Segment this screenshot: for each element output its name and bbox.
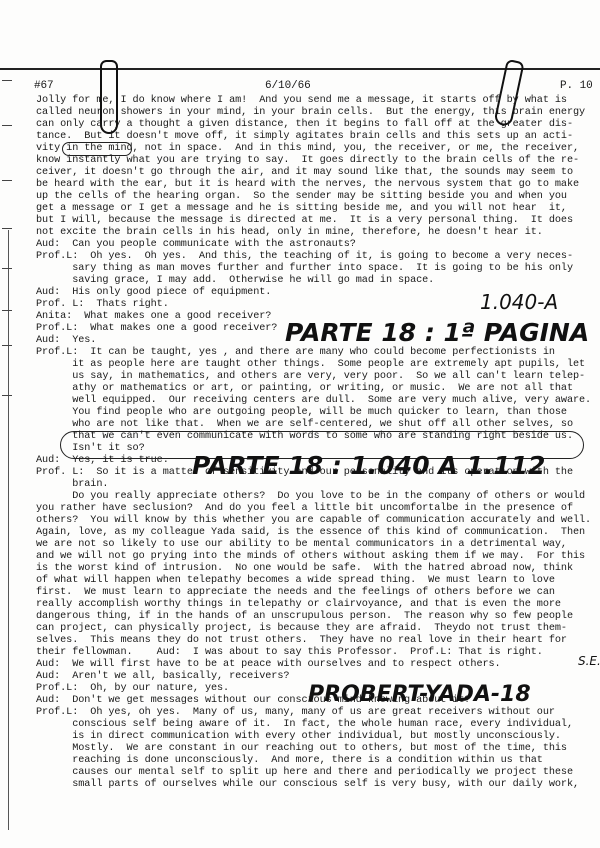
transcript-line: Do you really appreciate others? Do you … — [36, 491, 585, 503]
transcript-line: reaching is done unconsciously. And more… — [36, 755, 543, 767]
transcript-line: others? You will know by this whether yo… — [36, 515, 591, 527]
transcript-line: can only carry a thought a given distanc… — [36, 119, 573, 131]
page-number: P. 10 — [560, 80, 593, 92]
transcript-line: selves. This means they do not trust oth… — [36, 635, 567, 647]
transcript-line: Aud: Aren't we all, basically, receivers… — [36, 671, 289, 683]
handwritten-part-range: PARTE 18 : 1.040 A 1.112 — [192, 451, 545, 480]
transcript-line: is in direct communication with every ot… — [36, 731, 561, 743]
transcript-line: Prof.L: It can be taught, yes , and ther… — [36, 347, 555, 359]
transcript-line: Prof.L: Oh yes. Oh yes. And this, the te… — [36, 251, 573, 263]
margin-mark — [2, 395, 12, 396]
transcript-line: called neuron showers in your mind, in y… — [36, 107, 585, 119]
transcript-line: Aud: His only good piece of equipment. — [36, 287, 271, 299]
transcript-line: their fellowman. Aud: I was about to say… — [36, 647, 543, 659]
transcript-line: Mostly. We are constant in our reaching … — [36, 743, 567, 755]
transcript-line: Anita: What makes one a good receiver? — [36, 311, 271, 323]
handwritten-ref-code: 1.040-A — [480, 290, 558, 314]
transcript-line: causes our mental self to split up here … — [36, 767, 573, 779]
handwritten-part-first-page: PARTE 18 : 1ª PAGINA — [285, 318, 589, 347]
transcript-line: Prof. L: Thats right. — [36, 299, 169, 311]
margin-mark — [2, 180, 12, 181]
transcript-line: first. We must learn to appreciate the n… — [36, 587, 555, 599]
transcript-line: brain. — [36, 479, 108, 491]
transcript-line: up the cells of the hearing organ. So th… — [36, 191, 567, 203]
transcript-line: really accomplish worthy things in telep… — [36, 599, 561, 611]
handwritten-initials: S.E. — [578, 654, 600, 668]
doc-number: #67 — [34, 80, 54, 92]
transcript-line: you rather have seclusion? And do you fe… — [36, 503, 573, 515]
transcript-line: Prof.L: Oh yes, oh yes. Many of us, many… — [36, 707, 555, 719]
transcript-line: You find people who are outgoing people,… — [36, 407, 567, 419]
transcript-line: who are not like that. When we are self-… — [36, 419, 573, 431]
transcript-line: Aud: We will first have to be at peace w… — [36, 659, 501, 671]
transcript-line: Jolly for me, I do know where I am! And … — [36, 95, 567, 107]
transcript-line: not excite the brain cells in his head, … — [36, 227, 543, 239]
transcript-line: and we will not go prying into the minds… — [36, 551, 585, 563]
transcript-line: Prof.L: What makes one a good receiver? — [36, 323, 277, 335]
margin-mark — [2, 268, 12, 269]
transcript-line: Aud: Yes. — [36, 335, 96, 347]
transcript-line: Aud: Can you people communicate with the… — [36, 239, 356, 251]
transcript-line: us say, in mathematics, and others are v… — [36, 371, 585, 383]
margin-mark — [2, 345, 12, 346]
document-page: #67 6/10/66 P. 10 Jolly for me, I do kno… — [0, 0, 600, 848]
margin-mark — [2, 80, 12, 81]
transcript-line: saving grace, I may add. Otherwise he wi… — [36, 275, 434, 287]
transcript-line: sary thing as man moves further and furt… — [36, 263, 573, 275]
transcript-line: athy or mathematics or art, or painting,… — [36, 383, 573, 395]
page-left-edge — [8, 230, 9, 830]
transcript-line: we are not so likely to use our ability … — [36, 539, 567, 551]
transcript-line: ceiver, it doesn't go through the air, a… — [36, 167, 573, 179]
transcript-line: conscious self being aware of it. In fac… — [36, 719, 573, 731]
transcript-line: Prof.L: Oh, by our nature, yes. — [36, 683, 229, 695]
transcript-line: is the worst kind of intrusion. No one w… — [36, 563, 573, 575]
transcript-line: well equipped. Our receiving centers are… — [36, 395, 591, 407]
transcript-line: get a message or I get a message and he … — [36, 203, 567, 215]
handwritten-series-label: PROBERT-YADA-18 — [308, 682, 531, 707]
margin-mark — [2, 310, 12, 311]
transcript-line: be heard with the ear, but it is heard w… — [36, 179, 579, 191]
transcript-line: it as people here are taught other thing… — [36, 359, 585, 371]
transcript-line: know instantly what you are trying to sa… — [36, 155, 579, 167]
transcript-line: Again, love, as my colleague Yada said, … — [36, 527, 585, 539]
doc-date: 6/10/66 — [265, 80, 311, 92]
transcript-line: dangerous thing, if in the hands of an u… — [36, 611, 573, 623]
transcript-line: small parts of ourselves while our consc… — [36, 779, 579, 791]
transcript-line: of what will happen when telepathy becom… — [36, 575, 555, 587]
transcript-line: can project, can physically project, is … — [36, 623, 567, 635]
transcript-line: but I will, because the message is direc… — [36, 215, 573, 227]
margin-mark — [2, 125, 12, 126]
ink-circle — [62, 142, 132, 156]
margin-mark — [2, 228, 12, 229]
